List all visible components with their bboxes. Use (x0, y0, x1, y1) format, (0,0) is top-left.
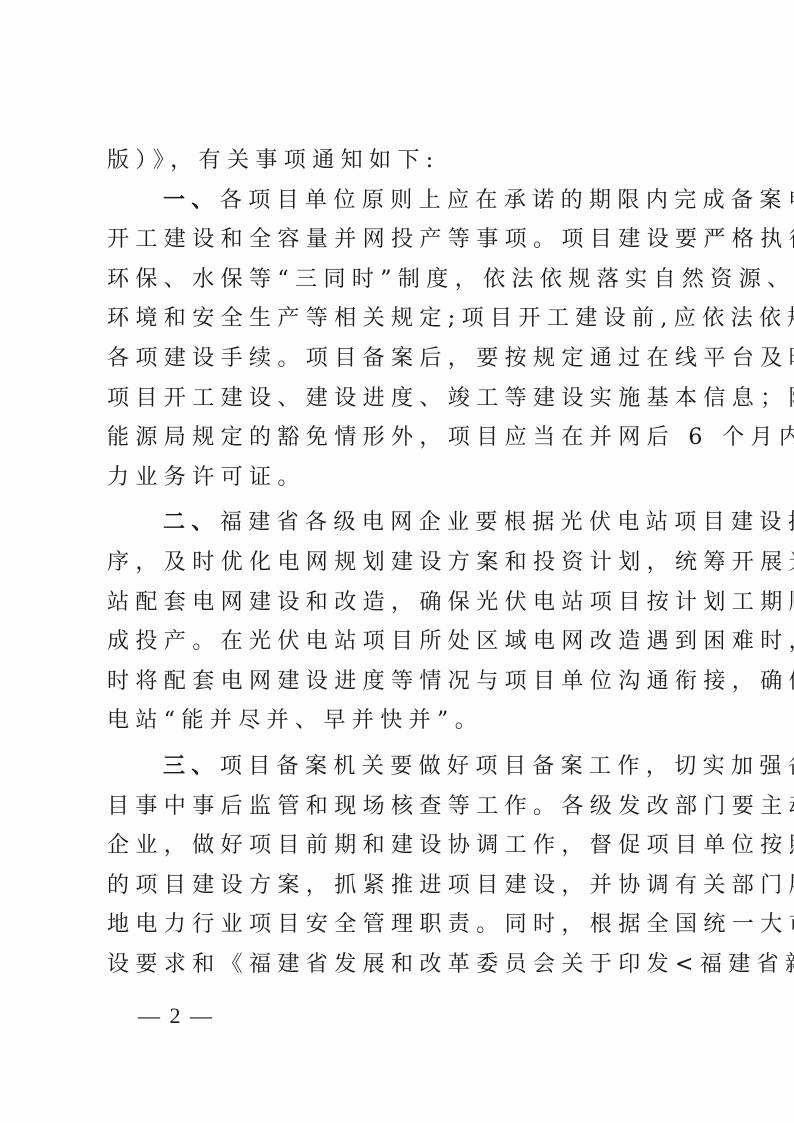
paragraph-line: 的项目建设方案，抓紧推进项目建设，并协调有关部门履行属 (107, 866, 683, 906)
paragraph-line: 环境和安全生产等相关规定;项目开工建设前,应依法依规办理 (107, 299, 683, 339)
section-3-heading-line: 三、项目备案机关要做好项目备案工作，切实加强备案项 (107, 747, 683, 787)
paragraph-line: 能源局规定的豁免情形外，项目应当在并网后 6 个月内取得电 (107, 418, 683, 458)
paragraph-line: 开工建设和全容量并网投产等事项。项目建设要严格执行安全、 (107, 220, 683, 260)
paragraph-line: 目事中事后监管和现场核查等工作。各级发改部门要主动服务 (107, 787, 683, 827)
paragraph-line: 电站“能并尽并、早并快并”。 (107, 701, 683, 741)
line-text: 项目备案机关要做好项目备案工作，切实加强备案项 (220, 754, 794, 779)
section-2-heading-line: 二、福建省各级电网企业要根据光伏电站项目建设投产时 (107, 503, 683, 543)
section-number: 二、 (163, 509, 220, 535)
line-text: 各项目单位原则上应在承诺的期限内完成备案申请、 (220, 188, 794, 213)
paragraph-line: 时将配套电网建设进度等情况与项目单位沟通衔接，确保光伏 (107, 662, 683, 702)
paragraph-line: 序，及时优化电网规划建设方案和投资计划，统筹开展光伏电 (107, 543, 683, 583)
line-text: 福建省各级电网企业要根据光伏电站项目建设投产时 (220, 510, 794, 535)
paragraph-line: 站配套电网建设和改造，确保光伏电站项目按计划工期顺利建 (107, 583, 683, 623)
paragraph-line: 设要求和《福建省发展和改革委员会关于印发<福建省新能源及 (107, 945, 683, 985)
paragraph-line: 项目开工建设、建设进度、竣工等建设实施基本信息；除国家 (107, 379, 683, 419)
section-number: 三、 (163, 753, 220, 779)
paragraph-line: 力业务许可证。 (107, 458, 683, 498)
document-page: 版）》，有关事项通知如下: 一、各项目单位原则上应在承诺的期限内完成备案申请、 … (0, 0, 794, 1123)
section-number: 一、 (163, 187, 220, 213)
section-1-heading-line: 一、各项目单位原则上应在承诺的期限内完成备案申请、 (107, 181, 683, 221)
paragraph-line: 成投产。在光伏电站项目所处区域电网改造遇到困难时，应及 (107, 622, 683, 662)
paragraph-line: 环保、水保等“三同时”制度，依法依规落实自然资源、生态 (107, 260, 683, 300)
paragraph-line: 企业，做好项目前期和建设协调工作，督促项目单位按照上报 (107, 826, 683, 866)
paragraph-line: 各项建设手续。项目备案后，要按规定通过在线平台及时报送 (107, 339, 683, 379)
page-number: — 2 — (138, 1003, 214, 1029)
line-intro-end: 版）》，有关事项通知如下: (107, 141, 683, 181)
paragraph-line: 地电力行业项目安全管理职责。同时，根据全国统一大市场建 (107, 905, 683, 945)
body-text: 版）》，有关事项通知如下: 一、各项目单位原则上应在承诺的期限内完成备案申请、 … (107, 141, 683, 984)
